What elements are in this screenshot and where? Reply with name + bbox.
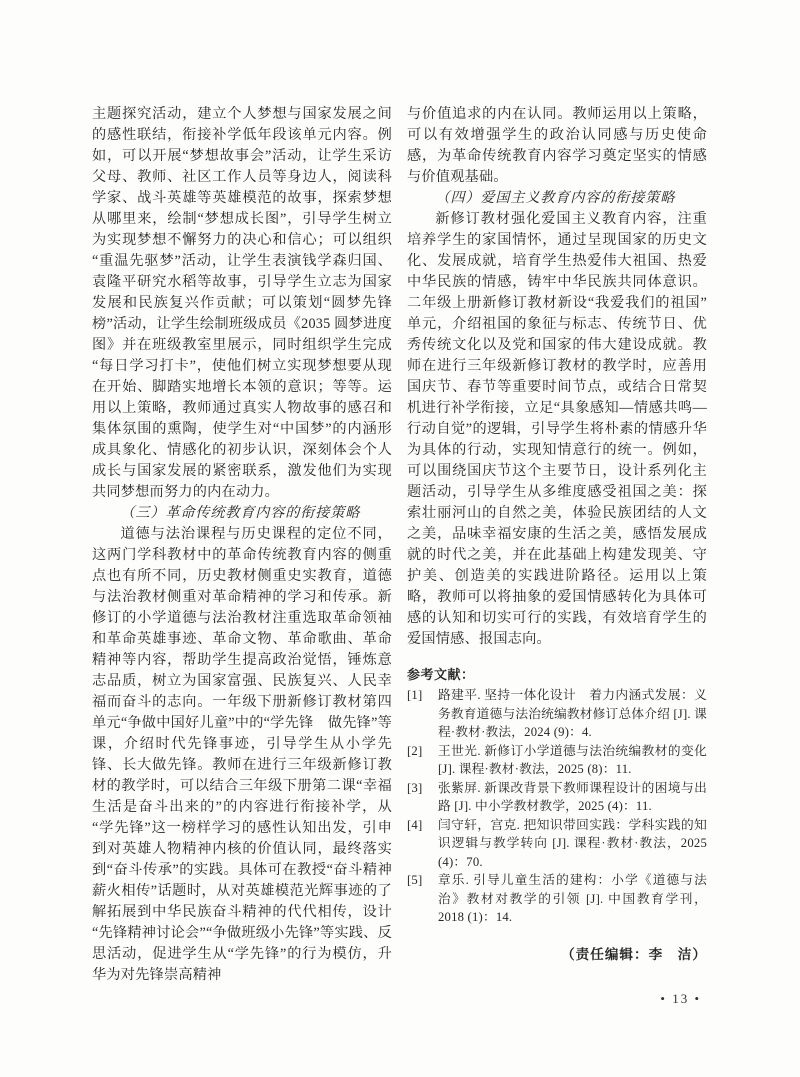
reference-text: 张紫屏. 新课改背景下教师课程设计的困境与出路 [J]. 中小学教材教学，202…: [438, 781, 707, 814]
paragraph-revolution-tradition: 道德与法治课程与历史课程的定位不同，这两门学科教材中的革命传统教育内容的侧重点也…: [92, 524, 392, 986]
section-heading-patriotism: （四）爱国主义教育内容的衔接策略: [407, 188, 707, 209]
reference-text: 章乐. 引导儿童生活的建构：小学《道德与法治》教材对教学的引领 [J]. 中国教…: [438, 873, 707, 924]
reference-label: [5]: [407, 871, 422, 890]
reference-text: 王世光. 新修订小学道德与法治统编教材的变化 [J]. 课程·教材·教法，202…: [438, 744, 707, 777]
references-heading: 参考文献：: [407, 665, 707, 684]
reference-item: [5]章乐. 引导儿童生活的建构：小学《道德与法治》教材对教学的引领 [J]. …: [407, 871, 707, 927]
paragraph-revolution-tradition-continued: 与价值追求的内在认同。教师运用以上策略，可以有效增强学生的政治认同感与历史使命感…: [407, 104, 707, 188]
paragraph-dream-theme-activities: 主题探究活动，建立个人梦想与国家发展之间的感性联结，衔接补学低年段该单元内容。例…: [92, 104, 392, 503]
reference-text: 闫守轩，宫克. 把知识带回实践：学科实践的知识逻辑与教学转向 [J]. 课程·教…: [438, 818, 707, 869]
editor-note: （责任编辑：李 洁）: [407, 945, 707, 964]
reference-label: [1]: [407, 686, 422, 705]
reference-item: [3]张紫屏. 新课改背景下教师课程设计的困境与出路 [J]. 中小学教材教学，…: [407, 779, 707, 816]
reference-item: [1]路建平. 坚持一体化设计 着力内涵式发展：义务教育道德与法治统编教材修订总…: [407, 686, 707, 742]
section-heading-revolution-tradition: （三）革命传统教育内容的衔接策略: [92, 503, 392, 524]
left-column: 主题探究活动，建立个人梦想与国家发展之间的感性联结，衔接补学低年段该单元内容。例…: [92, 104, 392, 986]
page-number: • 13 •: [407, 991, 701, 1007]
journal-article-page: 主题探究活动，建立个人梦想与国家发展之间的感性联结，衔接补学低年段该单元内容。例…: [0, 0, 800, 1077]
reference-label: [4]: [407, 816, 422, 835]
reference-item: [2]王世光. 新修订小学道德与法治统编教材的变化 [J]. 课程·教材·教法，…: [407, 742, 707, 779]
right-column: 与价值追求的内在认同。教师运用以上策略，可以有效增强学生的政治认同感与历史使命感…: [407, 104, 707, 1007]
reference-label: [3]: [407, 779, 422, 798]
reference-item: [4]闫守轩，宫克. 把知识带回实践：学科实践的知识逻辑与教学转向 [J]. 课…: [407, 816, 707, 872]
paragraph-patriotism: 新修订教材强化爱国主义教育内容，注重培养学生的家国情怀，通过呈现国家的历史文化、…: [407, 209, 707, 650]
reference-label: [2]: [407, 742, 422, 761]
reference-text: 路建平. 坚持一体化设计 着力内涵式发展：义务教育道德与法治统编教材修订总体介绍…: [438, 688, 707, 739]
